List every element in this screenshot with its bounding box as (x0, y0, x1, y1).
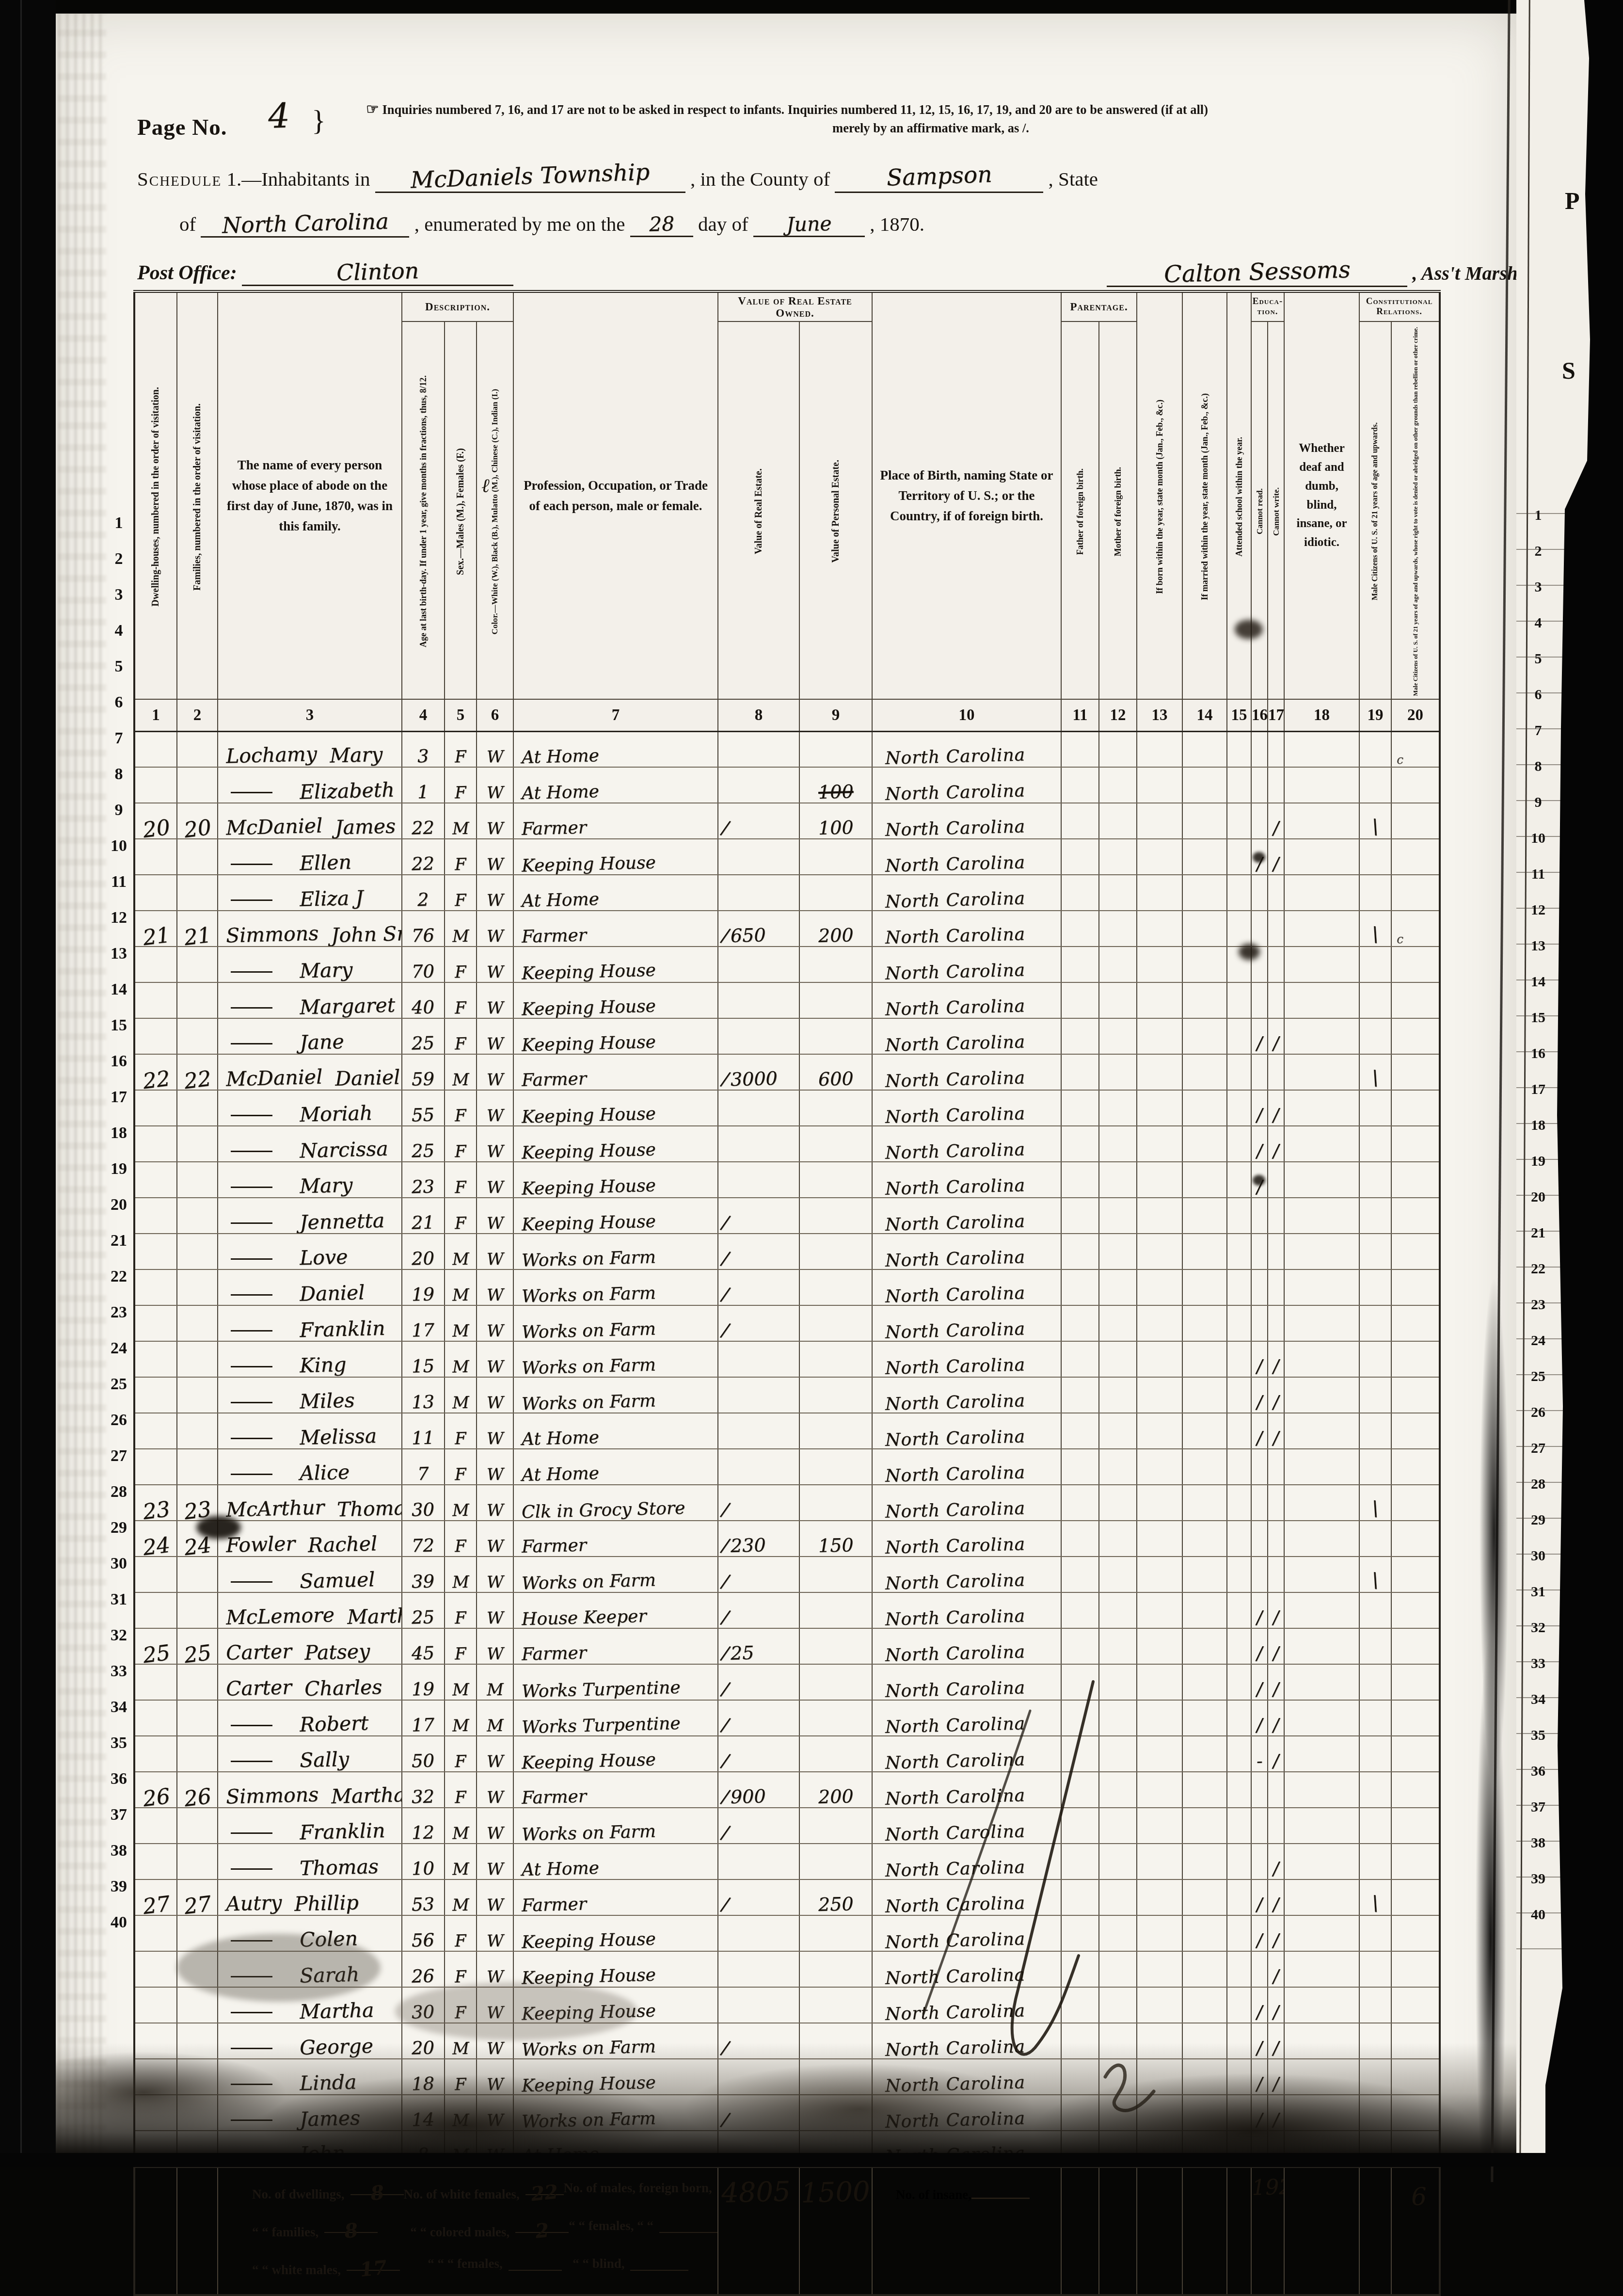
born-month-cell (1137, 1485, 1182, 1521)
age-cell: 22 (402, 803, 445, 839)
color-cell: W (477, 1987, 513, 2023)
birthplace-cell: North Carolina (872, 2023, 1061, 2059)
state-field: North Carolina (201, 210, 409, 238)
married-month-cell (1182, 1018, 1227, 1054)
given-name: Thomas (336, 1496, 402, 1521)
dwelling-number-cell: 24 (134, 1521, 177, 1557)
male-citizen-cell (1359, 1951, 1391, 1987)
real-estate-cell: / (718, 1592, 799, 1628)
father-foreign-cell (1061, 1951, 1099, 1987)
dwelling-number-cell (134, 982, 177, 1018)
given-name: Franklin (299, 1317, 385, 1341)
attended-school-cell (1227, 1736, 1251, 1772)
col16-header: Cannot read. (1255, 483, 1264, 537)
cannot-write-cell: / (1268, 1915, 1284, 1951)
born-month-cell (1137, 803, 1182, 839)
married-month-cell (1182, 1269, 1227, 1305)
dwelling-number-cell (134, 1700, 177, 1736)
born-month-cell (1137, 875, 1182, 911)
county-field: Sampson (835, 165, 1043, 193)
ditto-dash (231, 1366, 272, 1367)
township-value: McDaniels Township (410, 159, 650, 193)
family-number-cell (177, 2095, 218, 2131)
occupation-cell: Keeping House (513, 1915, 718, 1951)
birthplace-cell: North Carolina (872, 1162, 1061, 1198)
real-estate-cell (718, 1915, 799, 1951)
dwelling-number-cell (134, 2095, 177, 2131)
dwelling-number-cell: 20 (134, 803, 177, 839)
given-name: Charles (304, 1675, 382, 1700)
name-cell: Linda (218, 2059, 402, 2095)
inquiries-note-line1: Inquiries numbered 7, 16, and 17 are not… (382, 102, 1208, 117)
dwelling-number-cell (134, 1234, 177, 1269)
cannot-read-cell (1251, 1951, 1268, 1987)
given-name: Mary (299, 1173, 352, 1198)
family-number-cell (177, 1592, 218, 1628)
attended-school-cell (1227, 1700, 1251, 1736)
born-month-cell (1137, 2095, 1182, 2131)
personal-estate-cell (799, 1808, 872, 1844)
attended-school-cell (1227, 1915, 1251, 1951)
occupation-cell: Keeping House (513, 1126, 718, 1162)
male-citizen-cell: \ (1359, 803, 1391, 839)
married-month-cell (1182, 1054, 1227, 1090)
cannot-read-cell: / (1251, 1987, 1268, 2023)
cannot-write-cell (1268, 1521, 1284, 1557)
deaf-dumb-cell (1284, 947, 1359, 982)
deaf-dumb-cell (1284, 1305, 1359, 1341)
married-month-cell (1182, 1377, 1227, 1413)
ditto-dash (231, 1007, 272, 1009)
male-citizen-cell (1359, 767, 1391, 803)
birthplace-cell: North Carolina (872, 982, 1061, 1018)
deaf-dumb-cell (1284, 1664, 1359, 1700)
constitutional-group-header: Constitutional Relations. (1359, 291, 1440, 321)
father-foreign-cell (1061, 1808, 1099, 1844)
father-foreign-cell (1061, 1449, 1099, 1485)
vote-denied-cell (1391, 1808, 1440, 1844)
pen-slash-mark: / (721, 2037, 730, 2059)
occupation-cell: At Home (513, 875, 718, 911)
color-cell: M (477, 1700, 513, 1736)
ditto-dash (231, 792, 272, 793)
age-cell: 13 (402, 1377, 445, 1413)
deaf-dumb-cell (1284, 1987, 1359, 2023)
table-row: Mary 23 F W Keeping House North Carolina… (134, 1162, 1440, 1198)
name-cell: Colen (218, 1915, 402, 1951)
given-name: Margaret (299, 994, 395, 1019)
personal-estate-cell (799, 2095, 872, 2131)
age-cell: 25 (402, 1126, 445, 1162)
married-month-cell (1182, 2023, 1227, 2059)
age-cell: 32 (402, 1772, 445, 1808)
col17-header: Cannot write. (1272, 482, 1281, 539)
male-citizen-cell (1359, 2059, 1391, 2095)
born-month-cell (1137, 1269, 1182, 1305)
mother-foreign-cell (1099, 1269, 1137, 1305)
census-table: Dwelling-houses, numbered in the order o… (133, 290, 1441, 2167)
color-cell: W (477, 1485, 513, 1521)
married-month-cell (1182, 875, 1227, 911)
dwelling-number-cell (134, 767, 177, 803)
vote-denied-cell (1391, 1664, 1440, 1700)
cannot-read-cell: - (1251, 1736, 1268, 1772)
marshal-signature-block: Calton Sessoms , Ass't Marshal. (1107, 258, 1538, 287)
age-cell: 20 (402, 1234, 445, 1269)
age-cell: 23 (402, 1162, 445, 1198)
mother-foreign-cell (1099, 1198, 1137, 1234)
family-number-cell (177, 1269, 218, 1305)
father-foreign-cell (1061, 1915, 1099, 1951)
mother-foreign-cell (1099, 1736, 1137, 1772)
color-cell: W (477, 1269, 513, 1305)
name-cell: Mary (218, 1162, 402, 1198)
attended-school-cell (1227, 2059, 1251, 2095)
cannot-write-cell (1268, 1198, 1284, 1234)
birthplace-cell: North Carolina (872, 767, 1061, 803)
col1-header: Dwelling-houses, numbered in the order o… (150, 382, 161, 610)
vote-denied-cell (1391, 982, 1440, 1018)
married-month-cell (1182, 1951, 1227, 1987)
county-value: Sampson (886, 161, 992, 192)
col5-header: Sex.—Males (M.), Females (F.) (455, 443, 466, 578)
personal-estate-cell (799, 1449, 872, 1485)
cannot-read-cell: / (1251, 1018, 1268, 1054)
state-value: North Carolina (222, 209, 389, 239)
given-name: Elizabeth (299, 778, 395, 803)
table-row: Miles 13 M W Works on Farm North Carolin… (134, 1377, 1440, 1413)
cannot-write-cell (1268, 1772, 1284, 1808)
attended-school-cell (1227, 1879, 1251, 1915)
month-field: June (753, 212, 865, 237)
born-month-cell (1137, 1449, 1182, 1485)
vote-denied-cell (1391, 1772, 1440, 1808)
table-row: 20 20 McDaniel James 22 M W Farmer / 100… (134, 803, 1440, 839)
deaf-dumb-cell (1284, 1449, 1359, 1485)
vote-denied-cell (1391, 1090, 1440, 1126)
table-row: Narcissa 25 F W Keeping House North Caro… (134, 1126, 1440, 1162)
column-number-row: 123 456 789 101112 131415 161718 1920 (134, 699, 1440, 731)
born-month-cell (1137, 911, 1182, 947)
birthplace-cell: North Carolina (872, 1700, 1061, 1736)
male-citizen-cell (1359, 2095, 1391, 2131)
cannot-read-cell: / (1251, 1341, 1268, 1377)
cannot-write-cell: / (1268, 1879, 1284, 1915)
dwelling-number-cell (134, 1987, 177, 2023)
married-month-cell (1182, 1485, 1227, 1521)
col6-header: Color.—White (W.), Black (B.), Mulatto (… (490, 384, 499, 637)
family-number-cell (177, 1377, 218, 1413)
born-month-cell (1137, 1808, 1182, 1844)
married-month-cell (1182, 1305, 1227, 1341)
family-number-cell (177, 1341, 218, 1377)
cannot-read-cell (1251, 1844, 1268, 1879)
name-cell: Jane (218, 1018, 402, 1054)
birthplace-cell: North Carolina (872, 1557, 1061, 1592)
married-month-cell (1182, 839, 1227, 875)
cannot-read-cell: / (1251, 1879, 1268, 1915)
cannot-write-cell: / (1268, 1951, 1284, 1987)
male-citizen-cell (1359, 982, 1391, 1018)
cannot-read-cell: / (1251, 1700, 1268, 1736)
attended-school-cell (1227, 1305, 1251, 1341)
adjacent-page-letter-p: P (1565, 187, 1580, 215)
cannot-write-cell (1268, 1162, 1284, 1198)
married-month-cell (1182, 767, 1227, 803)
color-cell: W (477, 1772, 513, 1808)
name-cell: McDaniel James (218, 803, 402, 839)
cannot-write-cell: / (1268, 1413, 1284, 1449)
family-number-cell: 26 (177, 1772, 218, 1808)
ditto-dash (231, 1868, 272, 1870)
table-row: Daniel 19 M W Works on Farm / North Caro… (134, 1269, 1440, 1305)
sex-cell: M (445, 1305, 477, 1341)
mother-foreign-cell (1099, 1018, 1137, 1054)
birthplace-cell: North Carolina (872, 731, 1061, 767)
birthplace-cell: North Carolina (872, 1269, 1061, 1305)
married-month-cell (1182, 911, 1227, 947)
cannot-read-cell (1251, 1808, 1268, 1844)
cannot-read-cell: / (1251, 1592, 1268, 1628)
table-row: Franklin 12 M W Works on Farm / North Ca… (134, 1808, 1440, 1844)
table-row: James 14 M W Works on Farm / North Carol… (134, 2095, 1440, 2131)
attended-school-cell (1227, 1054, 1251, 1090)
personal-estate-cell (799, 1915, 872, 1951)
color-cell: W (477, 1449, 513, 1485)
census-page: Page No. 4 } ☞ Inquiries numbered 7, 16,… (56, 14, 1516, 2153)
real-estate-cell (718, 1449, 799, 1485)
family-number-cell (177, 1700, 218, 1736)
vote-denied-cell (1391, 1449, 1440, 1485)
birthplace-cell: North Carolina (872, 1987, 1061, 2023)
sex-cell: M (445, 1700, 477, 1736)
attended-school-cell (1227, 2023, 1251, 2059)
cannot-read-cell (1251, 875, 1268, 911)
family-number-cell (177, 1234, 218, 1269)
occupation-cell: Farmer (513, 1054, 718, 1090)
born-month-cell (1137, 1521, 1182, 1557)
surname: Simmons (225, 1783, 318, 1808)
mother-foreign-cell (1099, 982, 1137, 1018)
male-citizen-cell (1359, 1700, 1391, 1736)
left-margin-texture (58, 14, 106, 2153)
vote-denied-cell: c (1391, 731, 1440, 767)
name-cell: McArthur Thomas (218, 1485, 402, 1521)
born-month-cell (1137, 1987, 1182, 2023)
personal-estate-cell (799, 982, 872, 1018)
family-number-cell: 23 (177, 1485, 218, 1521)
attended-school-cell (1227, 1377, 1251, 1413)
given-name: Ellen (299, 851, 351, 875)
cannot-read-cell: / (1251, 2023, 1268, 2059)
cannot-read-cell (1251, 1269, 1268, 1305)
real-estate-cell: / (718, 2023, 799, 2059)
mother-foreign-cell (1099, 1664, 1137, 1700)
occupation-cell: Keeping House (513, 1951, 718, 1987)
deaf-dumb-cell (1284, 1198, 1359, 1234)
color-cell: W (477, 1879, 513, 1915)
personal-estate-cell (799, 1162, 872, 1198)
ditto-dash (231, 864, 272, 865)
table-row: Samuel 39 M W Works on Farm / North Caro… (134, 1557, 1440, 1592)
real-estate-cell: /650 (718, 911, 799, 947)
vote-denied-cell (1391, 1269, 1440, 1305)
family-number-cell (177, 875, 218, 911)
male-citizen-cell (1359, 1341, 1391, 1377)
real-estate-cell: / (718, 1700, 799, 1736)
ditto-dash (231, 1115, 272, 1116)
dwelling-number-cell (134, 1305, 177, 1341)
color-cell: W (477, 1844, 513, 1879)
attended-school-cell (1227, 875, 1251, 911)
birthplace-cell: North Carolina (872, 803, 1061, 839)
schedule-line: Schedule 1.—Inhabitants in McDaniels Tow… (137, 165, 1446, 193)
name-cell: Miles (218, 1377, 402, 1413)
mother-foreign-cell (1099, 911, 1137, 947)
color-cell: W (477, 1521, 513, 1557)
col19-header: Male Citizens of U. S. of 21 years of ag… (1371, 417, 1380, 603)
attended-school-cell (1227, 1628, 1251, 1664)
sex-cell: F (445, 1915, 477, 1951)
real-estate-cell: / (718, 2095, 799, 2131)
deaf-dumb-cell (1284, 1269, 1359, 1305)
dwelling-number-cell (134, 1162, 177, 1198)
cannot-write-cell: / (1268, 1700, 1284, 1736)
table-row: 23 23 McArthur Thomas 30 M W Clk in Groc… (134, 1485, 1440, 1521)
personal-estate-cell (799, 1485, 872, 1521)
color-cell: W (477, 1628, 513, 1664)
name-cell: Lochamy Mary (218, 731, 402, 767)
personal-estate-cell (799, 1234, 872, 1269)
cannot-write-cell (1268, 947, 1284, 982)
pen-slash-mark: / (721, 1248, 730, 1269)
schedule-rest: 1.—Inhabitants in (222, 168, 370, 190)
male-citizen-cell: \ (1359, 911, 1391, 947)
given-name: Eliza J (299, 886, 364, 911)
dwelling-number-cell (134, 1736, 177, 1772)
real-estate-cell (718, 1090, 799, 1126)
age-cell: 21 (402, 1198, 445, 1234)
page-no-value: 4 (268, 96, 290, 136)
deaf-dumb-cell (1284, 731, 1359, 767)
cannot-write-cell (1268, 731, 1284, 767)
pen-slash-mark: / (721, 1642, 730, 1664)
born-month-cell (1137, 1592, 1182, 1628)
attended-school-cell (1227, 1557, 1251, 1592)
birthplace-cell: North Carolina (872, 1054, 1061, 1090)
dwelling-number-cell: 27 (134, 1879, 177, 1915)
cannot-read-cell (1251, 1198, 1268, 1234)
cannot-read-cell (1251, 767, 1268, 803)
age-cell: 20 (402, 2023, 445, 2059)
father-foreign-cell (1061, 1341, 1099, 1377)
married-month-cell (1182, 1162, 1227, 1198)
mother-foreign-cell (1099, 1700, 1137, 1736)
real-estate-cell (718, 1162, 799, 1198)
vote-denied-cell (1391, 1162, 1440, 1198)
family-number-cell (177, 1449, 218, 1485)
dwelling-number-cell: 23 (134, 1485, 177, 1521)
married-month-cell (1182, 1090, 1227, 1126)
pen-slash-mark: / (721, 1894, 730, 1915)
born-month-cell (1137, 1377, 1182, 1413)
born-month-cell (1137, 1234, 1182, 1269)
family-number-cell (177, 1198, 218, 1234)
attended-school-cell (1227, 803, 1251, 839)
color-cell: W (477, 1413, 513, 1449)
cannot-read-cell (1251, 947, 1268, 982)
family-number-cell (177, 2023, 218, 2059)
male-citizen-cell (1359, 1844, 1391, 1879)
age-cell: 2 (402, 875, 445, 911)
occupation-cell: Farmer (513, 1879, 718, 1915)
attended-school-cell (1227, 1592, 1251, 1628)
mother-foreign-cell (1099, 1521, 1137, 1557)
ditto-dash (231, 2119, 272, 2121)
sex-cell: F (445, 1162, 477, 1198)
sex-cell: M (445, 1341, 477, 1377)
enumerated-label: , enumerated by me on the (414, 213, 625, 235)
color-cell: W (477, 1951, 513, 1987)
sex-cell: F (445, 1592, 477, 1628)
cannot-read-cell: / (1251, 1664, 1268, 1700)
personal-estate-cell (799, 1628, 872, 1664)
dwelling-number-cell (134, 1269, 177, 1305)
cannot-write-cell (1268, 1557, 1284, 1592)
real-estate-cell (718, 982, 799, 1018)
vote-denied-cell (1391, 767, 1440, 803)
color-cell: W (477, 1162, 513, 1198)
occupation-cell: Farmer (513, 1628, 718, 1664)
age-cell: 15 (402, 1341, 445, 1377)
birthplace-cell: North Carolina (872, 839, 1061, 875)
age-cell: 3 (402, 731, 445, 767)
table-row: Franklin 17 M W Works on Farm / North Ca… (134, 1305, 1440, 1341)
attended-school-cell (1227, 1018, 1251, 1054)
sex-cell: M (445, 1557, 477, 1592)
birthplace-cell: North Carolina (872, 1844, 1061, 1879)
col12-header: Mother of foreign birth. (1113, 462, 1123, 559)
occupation-cell: Farmer (513, 803, 718, 839)
dwelling-number-cell (134, 1915, 177, 1951)
dwelling-number-cell (134, 1592, 177, 1628)
personal-estate-cell (799, 839, 872, 875)
cannot-write-cell: / (1268, 803, 1284, 839)
married-month-cell (1182, 1126, 1227, 1162)
color-cell: W (477, 1054, 513, 1090)
vote-denied-cell (1391, 1915, 1440, 1951)
personal-estate-cell: 150 (799, 1521, 872, 1557)
personal-estate-cell (799, 1844, 872, 1879)
real-estate-cell (718, 1018, 799, 1054)
color-cell: W (477, 1808, 513, 1844)
deaf-dumb-cell (1284, 839, 1359, 875)
color-cell: W (477, 1736, 513, 1772)
cannot-write-cell (1268, 1269, 1284, 1305)
mother-foreign-cell (1099, 1808, 1137, 1844)
real-estate-group-header: Value of Real Estate Owned. (718, 291, 872, 321)
county-label: , in the County of (690, 168, 830, 190)
cannot-read-cell: / (1251, 2059, 1268, 2095)
married-month-cell (1182, 2095, 1227, 2131)
deaf-dumb-cell (1284, 1736, 1359, 1772)
table-row: Margaret 40 F W Keeping House North Caro… (134, 982, 1440, 1018)
age-cell: 40 (402, 982, 445, 1018)
col15-header: Attended school within the year. (1234, 432, 1244, 560)
surname: McArthur (225, 1496, 324, 1521)
name-cell: Thomas (218, 1844, 402, 1879)
personal-estate-cell (799, 1987, 872, 2023)
